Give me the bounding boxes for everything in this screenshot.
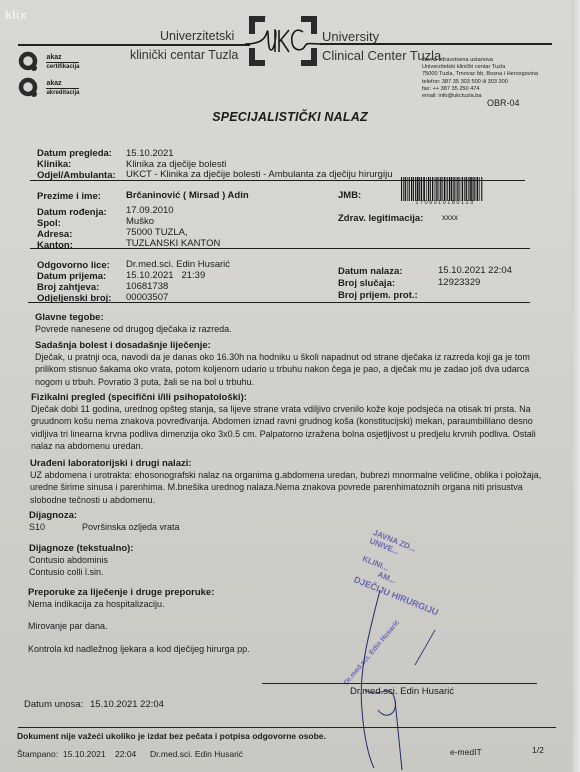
patient-name-label: Prezime i ime:: [37, 191, 101, 202]
signature-line: [262, 683, 537, 684]
section-diagnosis: Dijagnoza: S10 Površinska ozljeda vrata: [29, 510, 329, 533]
institution-name-bs-line2: klinički centar Tuzla: [130, 48, 238, 62]
history-line: Dječak, u pratnji oca, navodi da je dana…: [35, 351, 555, 363]
akaz-label: certifikacija: [46, 63, 79, 71]
akaz-brand: akaz: [46, 80, 79, 89]
history-heading: Sadašnja bolest i dosadašnje liječenje:: [35, 340, 555, 351]
document-title: SPECIJALISTIČKI NALAZ: [0, 110, 580, 124]
physical-line: gruudnom košu nema znakova povređivanja.…: [31, 415, 556, 427]
patient-name-value: Brčaninović ( Mirsad ) Adin: [126, 190, 249, 201]
institution-name-en-line1: University: [322, 29, 379, 44]
physical-heading: Fizikalni pregled (specifični i/ili psih…: [31, 392, 556, 403]
contact-line: Javna zdravstvena ustanova: [422, 57, 538, 64]
contact-line: Univerzitetski klinički centar Tuzla: [422, 64, 538, 71]
section-history: Sadašnja bolest i dosadašnje liječenje: …: [35, 340, 555, 388]
page-number: 1/2: [532, 745, 544, 755]
validity-disclaimer: Dokument nije važeći ukoliko je izdat be…: [17, 731, 326, 741]
institution-name-bs-line1: Univerzitetski: [160, 29, 234, 43]
jmb-barcode-icon: [400, 177, 490, 201]
section-lab-findings: Urađeni laboratorijski i drugi nalazi: U…: [30, 458, 555, 506]
system-name: e-medIT: [450, 747, 482, 757]
diagnosis-text-line: Contusio colli l.sin.: [29, 566, 329, 578]
akaz-certification-badge: akaz certifikacija: [18, 51, 79, 73]
recommendation-line: Nema indikacija za hospitalizaciju.: [28, 598, 348, 610]
watermark: klix: [5, 8, 27, 22]
recommendation-line: Kontrola kd nadležnog ljekara a kod dječ…: [28, 643, 348, 655]
ukc-logo-icon: [245, 12, 321, 70]
diagnosis-text-line: Contusio abdominis: [29, 554, 329, 566]
printed-time: 22:04: [115, 749, 136, 759]
footer-divider: [18, 727, 556, 728]
printed-date: 15.10.2021: [63, 749, 106, 759]
admission-prot-label: Broj prijem. prot.:: [338, 290, 418, 301]
akaz-q-icon: [18, 51, 40, 73]
akaz-q-icon: [18, 77, 40, 99]
diagnosis-description: Površinska ozljeda vrata: [82, 521, 180, 533]
section-physical-exam: Fizikalni pregled (specifični i/ili psih…: [31, 392, 556, 453]
institution-contact-block: Javna zdravstvena ustanova Univerzitetsk…: [422, 57, 538, 100]
physical-line: vidljiva tri linearna krvna podliva dime…: [31, 428, 556, 440]
printed-label: Štampano:: [17, 749, 58, 759]
akaz-accreditation-badge: akaz akreditacija: [18, 77, 79, 99]
divider: [30, 248, 530, 249]
signatory-name: Dr.med.sci. Edin Husarić: [350, 686, 454, 697]
history-line: prilikom stisnuo šakama oko vrata, potom…: [35, 363, 555, 375]
entry-date-value: 15.10.2021 22:04: [90, 699, 164, 710]
akaz-label: akreditacija: [46, 89, 79, 97]
jmb-barcode-number: 1709010180123: [400, 200, 490, 206]
contact-email: email: info@ukctuzla.ba: [422, 93, 538, 100]
printed-by: Dr.med.sci. Edin Husarić: [150, 749, 243, 759]
section-diagnosis-text: Dijagnoze (tekstualno): Contusio abdomin…: [29, 543, 329, 579]
section-recommendations: Preporuke za liječenje i druge preporuke…: [28, 587, 348, 655]
jmb-label: JMB:: [338, 190, 361, 201]
section-complaints: Glavne tegobe: Povrede nanesene od drugo…: [35, 312, 545, 335]
lab-line: slobodne tečnosti u abdomenu.: [30, 494, 555, 506]
recommendation-line: Mirovanje par dana.: [28, 620, 348, 632]
department-value: UKCT - Klinika za dječije bolesti - Ambu…: [126, 169, 392, 180]
divider: [28, 302, 530, 303]
case-no-value: 12923329: [438, 277, 480, 288]
recommendations-heading: Preporuke za liječenje i druge preporuke…: [28, 587, 348, 598]
contact-line: 75000 Tuzla, Trnovac bb, Bosna i Hercego…: [422, 71, 538, 78]
form-code: OBR-04: [487, 98, 520, 108]
lab-heading: Urađeni laboratorijski i drugi nalazi:: [30, 458, 555, 469]
lab-line: UZ abdomena i urotrakta: ehosonografski …: [30, 469, 555, 481]
diagnosis-text-heading: Dijagnoze (tekstualno):: [29, 543, 329, 554]
handwritten-signature-icon: [340, 590, 460, 770]
history-line: nogom u trbuh. Povratio 3 puta, žali se …: [35, 376, 555, 388]
physical-line: Dječak dobi 11 godina, urednog opšteg st…: [31, 403, 556, 415]
lab-line: uredne širime sinusa i parenhima. M.bneš…: [30, 481, 555, 493]
diagnosis-code: S10: [29, 521, 45, 533]
header-divider-left: [18, 44, 250, 46]
entry-date-label: Datum unosa:: [24, 699, 83, 710]
complaints-heading: Glavne tegobe:: [35, 312, 545, 323]
complaints-text: Povrede nanesene od drugog dječaka iz ra…: [35, 323, 545, 335]
akaz-brand: akaz: [46, 54, 79, 63]
physical-line: nalaz na abdomenu uredan.: [31, 440, 556, 452]
diagnosis-heading: Dijagnoza:: [29, 510, 329, 521]
document-page: klix Univerzitetski klinički centar Tuzl…: [0, 0, 580, 772]
contact-fax: fax: ++ 387 35 250 474: [422, 86, 538, 93]
health-id-value: xxxx: [442, 213, 458, 222]
health-id-label: Zdrav. legitimacija:: [338, 213, 423, 224]
contact-phone: telefon: 387 35 303 500 ili 303 300: [422, 79, 538, 86]
